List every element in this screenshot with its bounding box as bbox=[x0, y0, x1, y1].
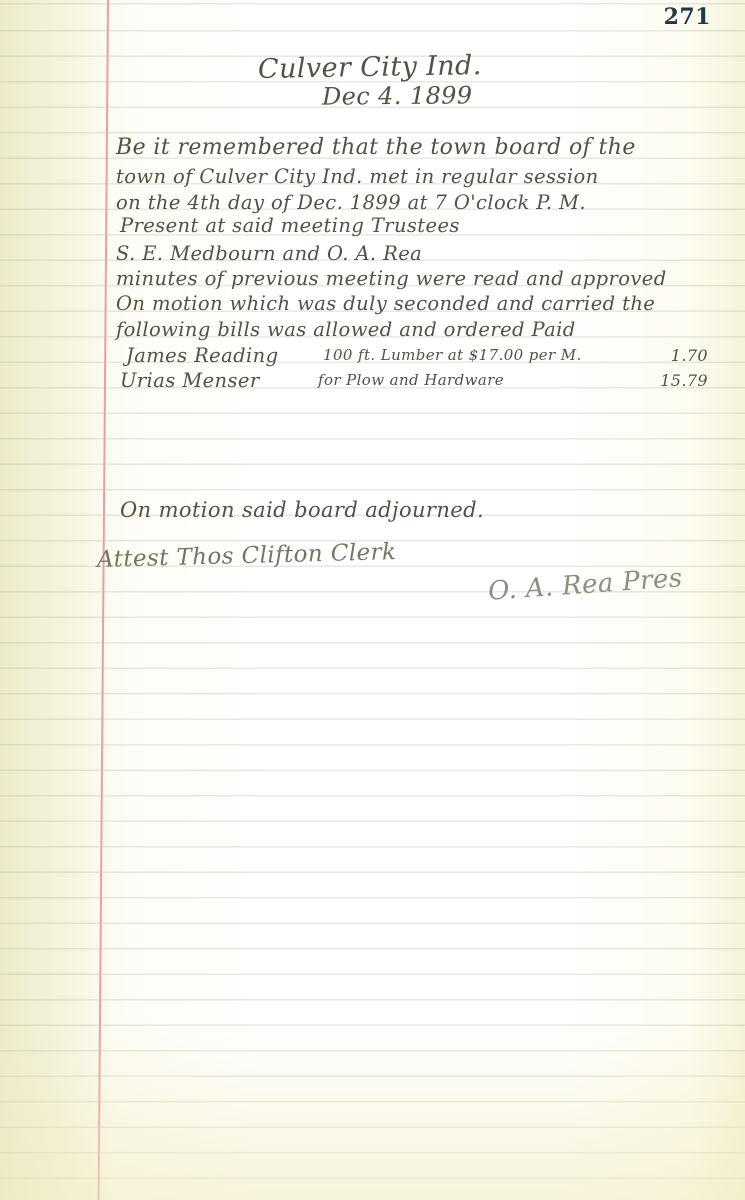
minutes-line: On motion which was duly seconded and ca… bbox=[116, 292, 655, 315]
red-margin-line bbox=[98, 0, 109, 1200]
heading-date: Dec 4. 1899 bbox=[322, 81, 473, 110]
bill-description: 100 ft. Lumber at $17.00 per M. bbox=[323, 346, 582, 364]
ledger-page: 271 Culver City Ind. Dec 4. 1899 Be it r… bbox=[0, 0, 745, 1200]
minutes-line: Be it remembered that the town board of … bbox=[116, 135, 636, 160]
minutes-line: on the 4th day of Dec. 1899 at 7 O'clock… bbox=[116, 191, 586, 214]
bill-payee: James Reading bbox=[126, 344, 279, 367]
minutes-line: S. E. Medbourn and O. A. Rea bbox=[116, 242, 422, 265]
bill-amount: 1.70 bbox=[671, 346, 708, 365]
minutes-line: town of Culver City Ind. met in regular … bbox=[116, 165, 599, 188]
page-number: 271 bbox=[664, 4, 711, 30]
president-signature: O. A. Rea Pres bbox=[487, 563, 683, 607]
bill-row: Urias Menser for Plow and Hardware 15.79 bbox=[118, 369, 728, 393]
minutes-line: following bills was allowed and ordered … bbox=[116, 318, 576, 341]
heading-place: Culver City Ind. bbox=[258, 50, 482, 85]
attest-clerk-signature: Attest Thos Clifton Clerk bbox=[97, 539, 397, 573]
adjournment-line: On motion said board adjourned. bbox=[120, 498, 484, 522]
minutes-line: Present at said meeting Trustees bbox=[120, 214, 460, 237]
bill-payee: Urias Menser bbox=[120, 369, 260, 392]
bill-description: for Plow and Hardware bbox=[318, 371, 504, 389]
bill-row: James Reading 100 ft. Lumber at $17.00 p… bbox=[118, 344, 728, 368]
bill-amount: 15.79 bbox=[660, 371, 708, 390]
minutes-line: minutes of previous meeting were read an… bbox=[116, 267, 667, 290]
